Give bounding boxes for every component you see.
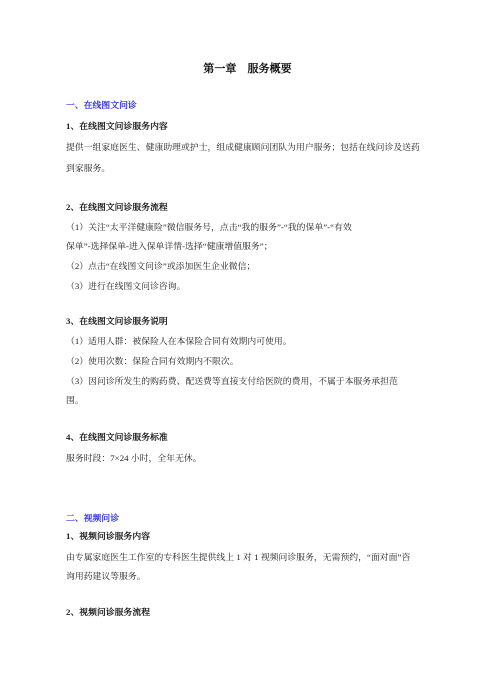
sec1-item1-body-line-2: 到家服务。 — [66, 158, 110, 178]
sec1-item1-title: 1、在线图文问诊服务内容 — [66, 116, 168, 136]
sec2-item1-body-line-2: 询用药建议等服务。 — [66, 566, 146, 586]
chapter-title: 第一章 服务概要 — [0, 59, 495, 79]
sec1-item2-title: 2、在线图文问诊服务流程 — [66, 197, 168, 217]
sec2-heading: 二、视频问诊 — [66, 508, 119, 528]
sec1-item2-step-1: （1）关注“太平洋健康险”微信服务号，点击“我的服务”-“我的保单”-“有效 — [66, 217, 352, 237]
document-page: 第一章 服务概要 一、在线图文问诊 1、在线图文问诊服务内容 提供一组家庭医生、… — [0, 0, 495, 700]
sec1-item4-title: 4、在线图文问诊服务标准 — [66, 427, 168, 447]
sec1-item3-note-1: （1）适用人群：被保险人在本保险合同有效期内可使用。 — [66, 331, 292, 351]
sec1-heading: 一、在线图文问诊 — [66, 95, 137, 115]
sec1-item3-note-3: （3）因问诊所发生的购药费、配送费等直接支付给医院的费用，不属于本服务承担范 — [66, 371, 398, 391]
sec1-item4-body: 服务时段：7×24 小时，全年无休。 — [66, 448, 202, 468]
sec2-item2-title: 2、视频问诊服务流程 — [66, 602, 150, 622]
sec1-item2-step-1-cont: 保单”-选择保单-进入保单详情-选择“健康增值服务”； — [66, 236, 273, 256]
sec2-item1-title: 1、视频问诊服务内容 — [66, 526, 150, 546]
sec1-item2-step-3: （3）进行在线图文问诊咨询。 — [66, 276, 185, 296]
sec1-item3-note-2: （2）使用次数：保险合同有效期内不限次。 — [66, 351, 239, 371]
sec2-item1-body-line-1: 由专属家庭医生工作室的专科医生提供线上 1 对 1 视频问诊服务，无需预约，“面… — [66, 547, 410, 567]
sec1-item3-title: 3、在线图文问诊服务说明 — [66, 311, 168, 331]
sec1-item3-note-3-cont: 围。 — [66, 390, 84, 410]
sec1-item2-step-2: （2）点击“在线图文问诊”或添加医生企业微信； — [66, 256, 255, 276]
sec1-item1-body-line-1: 提供一组家庭医生、健康助理或护士，组成健康顾问团队为用户服务；包括在线问诊及送药 — [66, 137, 420, 157]
